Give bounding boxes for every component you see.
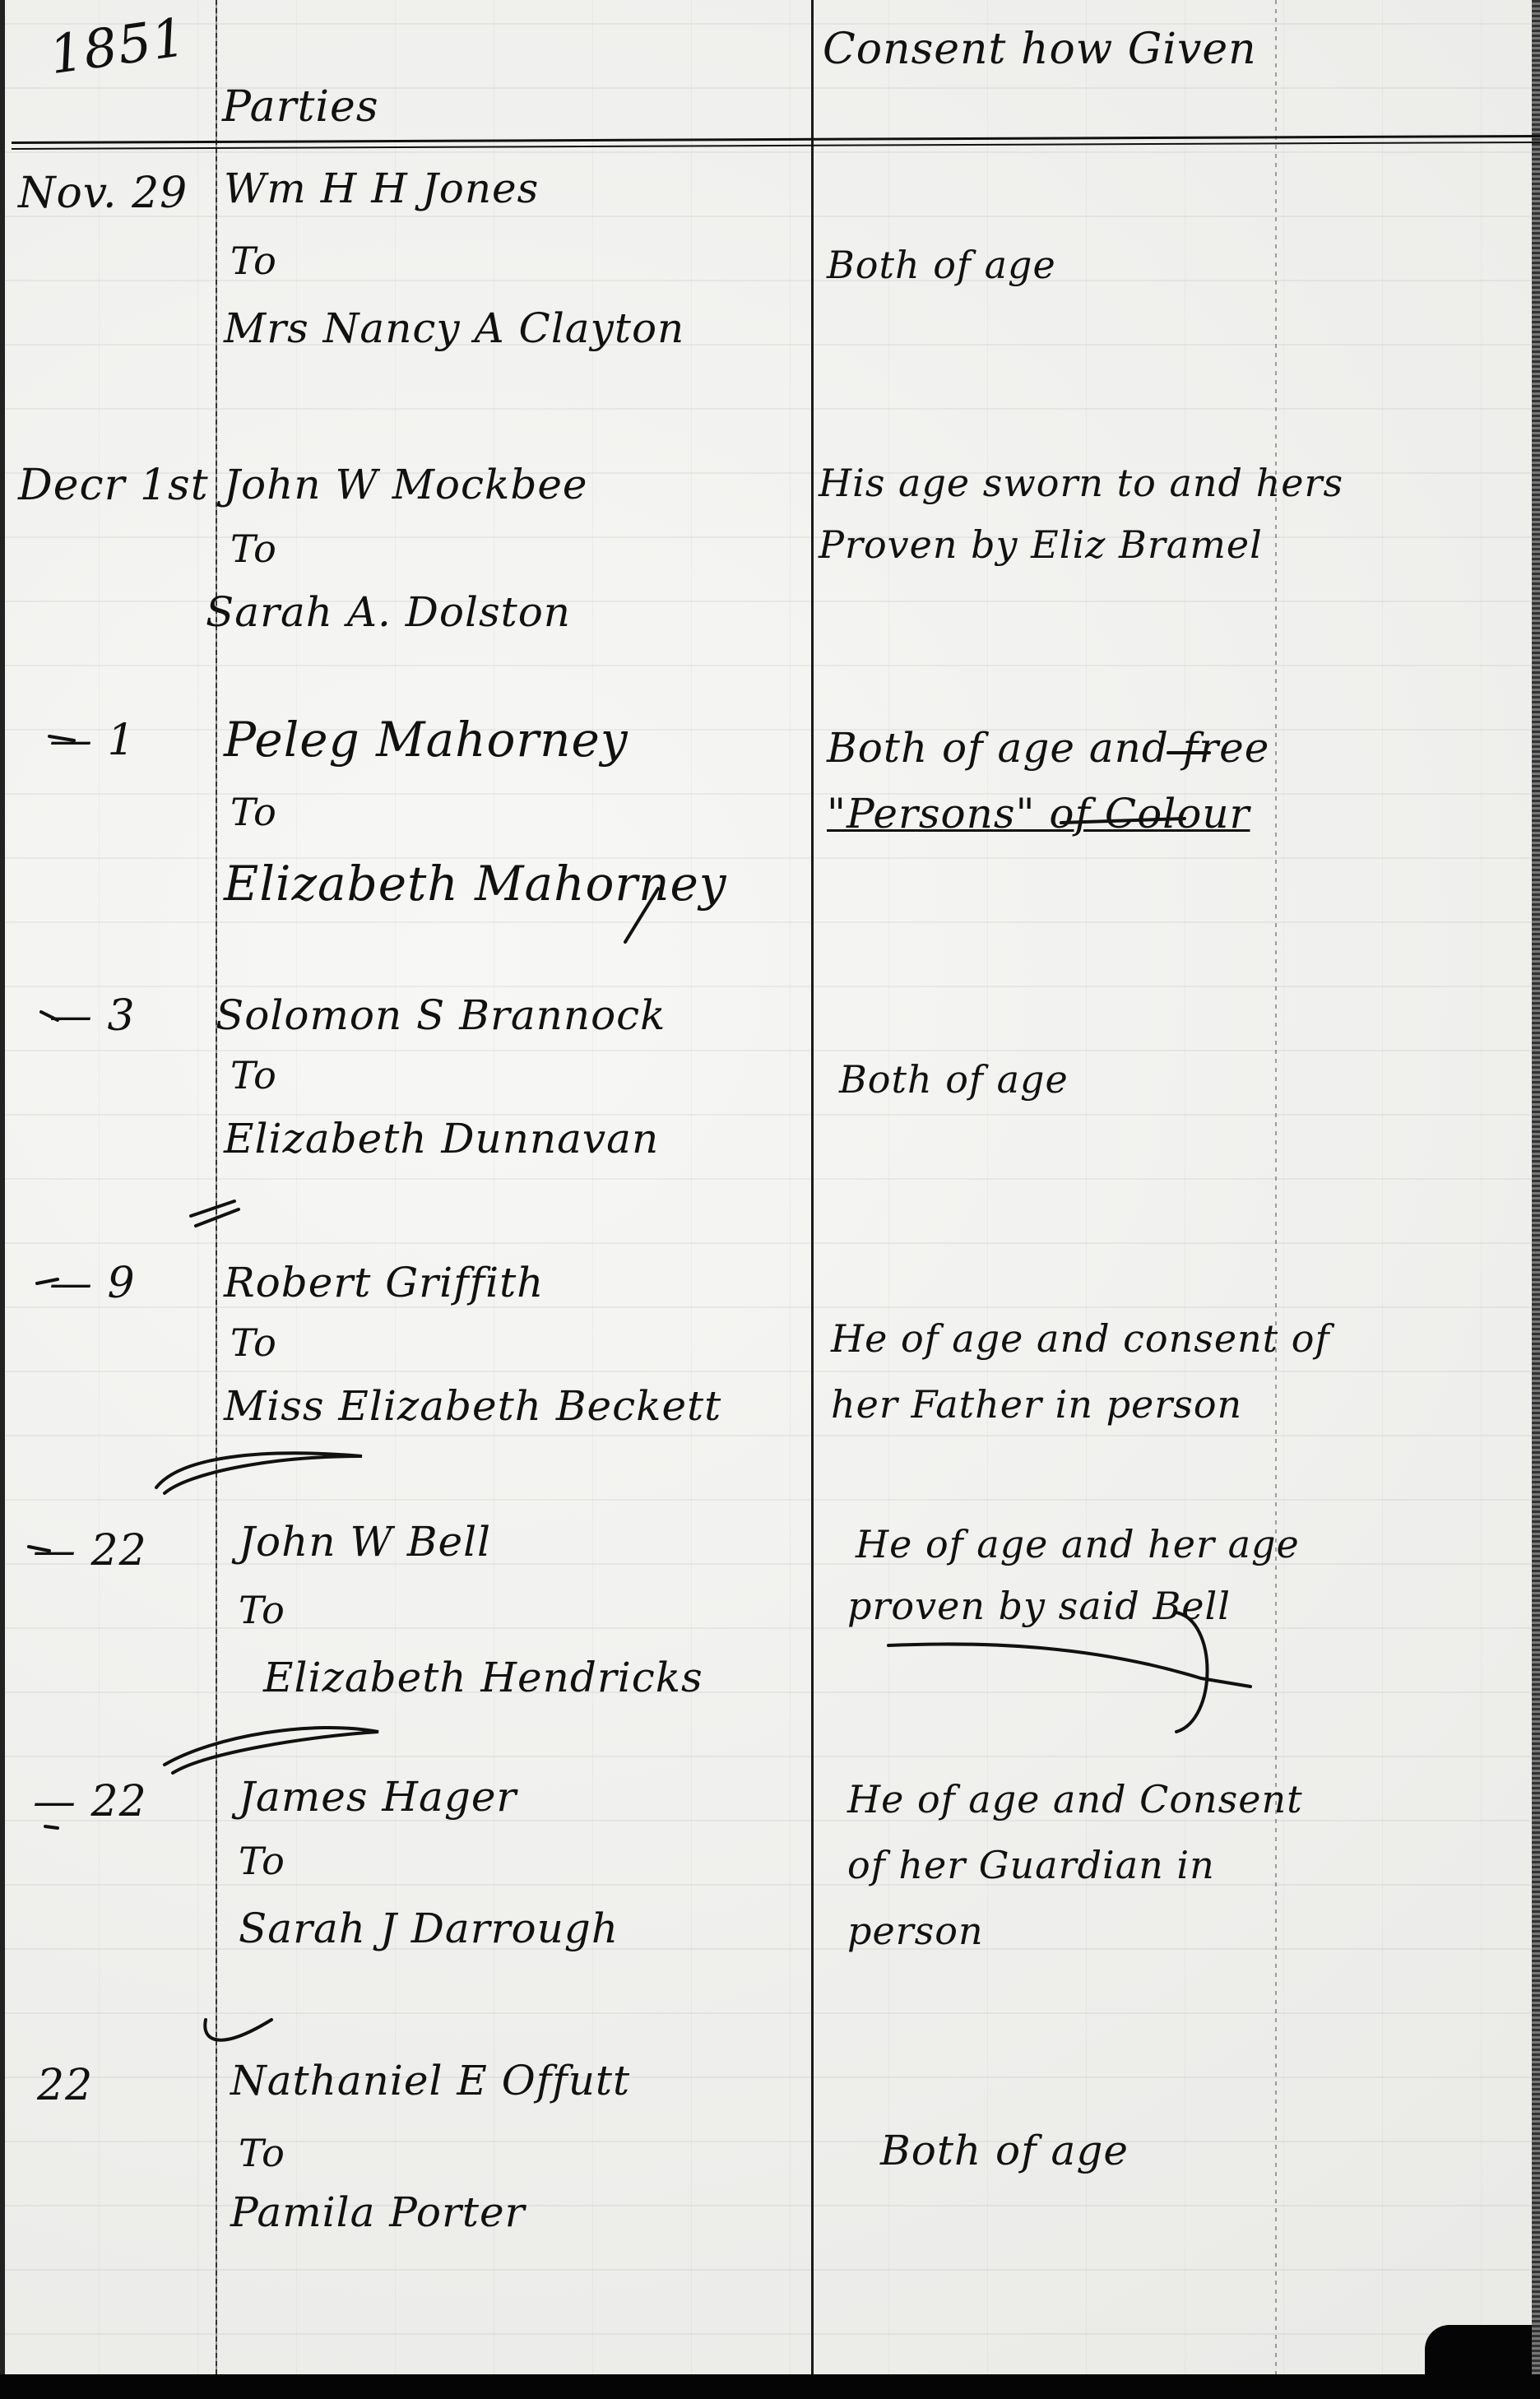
scan-bottom-border bbox=[0, 2374, 1540, 2399]
page-corner-shadow bbox=[1425, 2325, 1532, 2374]
ledger-page: 1851 Parties Consent how Given Nov. 29 W… bbox=[0, 0, 1540, 2399]
pen-flourishes bbox=[0, 0, 1540, 2399]
